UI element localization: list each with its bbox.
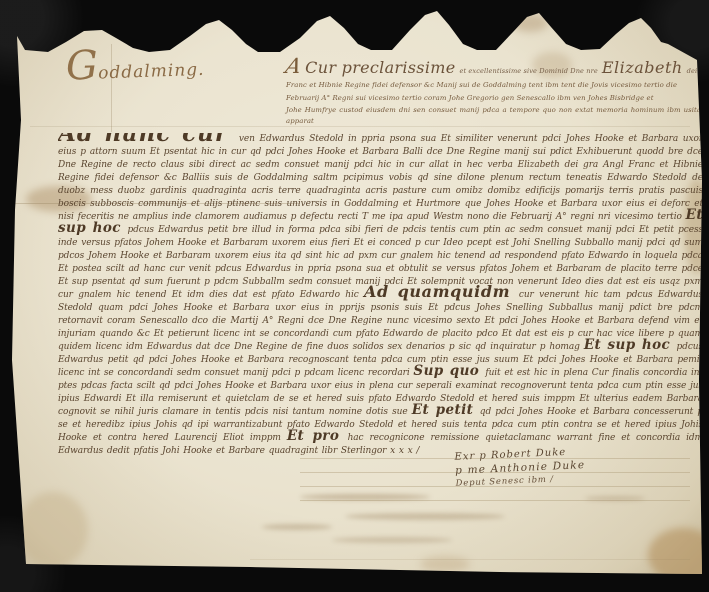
- place-heading-goddalming: Goddalming.: [65, 47, 216, 84]
- body-segment: ven Edwardus Stedold in ppria psona sua …: [58, 134, 703, 222]
- court-heading-line-4: Johe Humfrye custod eiusdem dni sen cons…: [286, 105, 704, 126]
- paraph-mark: A: [283, 54, 303, 78]
- court-heading-line-1: A Cur preclarissime et excellentissime s…: [286, 54, 704, 78]
- ink-show-through: [345, 513, 505, 520]
- body-segment: Et pro: [287, 428, 348, 444]
- fold-line-bottom: [250, 559, 690, 560]
- body-segment: Et petit: [412, 402, 480, 418]
- body-segment: Ad quamquidm: [364, 282, 519, 301]
- photograph-background: Goddalming. A Cur preclarissime et excel…: [0, 0, 709, 592]
- ink-show-through: [585, 496, 645, 501]
- body-segment: Ad hanc cur: [58, 133, 239, 147]
- body-segment: Sup quo: [413, 363, 485, 379]
- fold-line-under-heading: [30, 126, 690, 127]
- parchment-document: Goddalming. A Cur preclarissime et excel…: [0, 0, 709, 592]
- court-heading-line-3: Februarij A° Regni sui vicesimo tertio c…: [286, 93, 704, 104]
- sovereign-name: Elizabeth: [602, 58, 683, 77]
- stain-bottom-right: [648, 528, 709, 582]
- court-heading-block: A Cur preclarissime et excellentissime s…: [286, 54, 704, 126]
- heading-line-1-tail: dei gra Angl: [687, 67, 709, 75]
- body-segment: Et sup hoc: [584, 337, 677, 353]
- court-heading-line-2: Franc et Hibnie Regine fidei defensor &c…: [286, 80, 704, 91]
- heading-small-words: et excellentissime sive Dominid Dne nre: [459, 67, 597, 75]
- stain-top-crest: [512, 14, 548, 32]
- ink-show-through: [300, 494, 430, 500]
- heading-opening-words: Cur preclarissime: [305, 58, 455, 77]
- ink-show-through: [262, 524, 332, 530]
- ink-show-through: [332, 537, 452, 543]
- body-text: Ad hanc cur ven Edwardus Stedold in ppri…: [58, 133, 703, 455]
- stain-bottom-left: [18, 492, 88, 568]
